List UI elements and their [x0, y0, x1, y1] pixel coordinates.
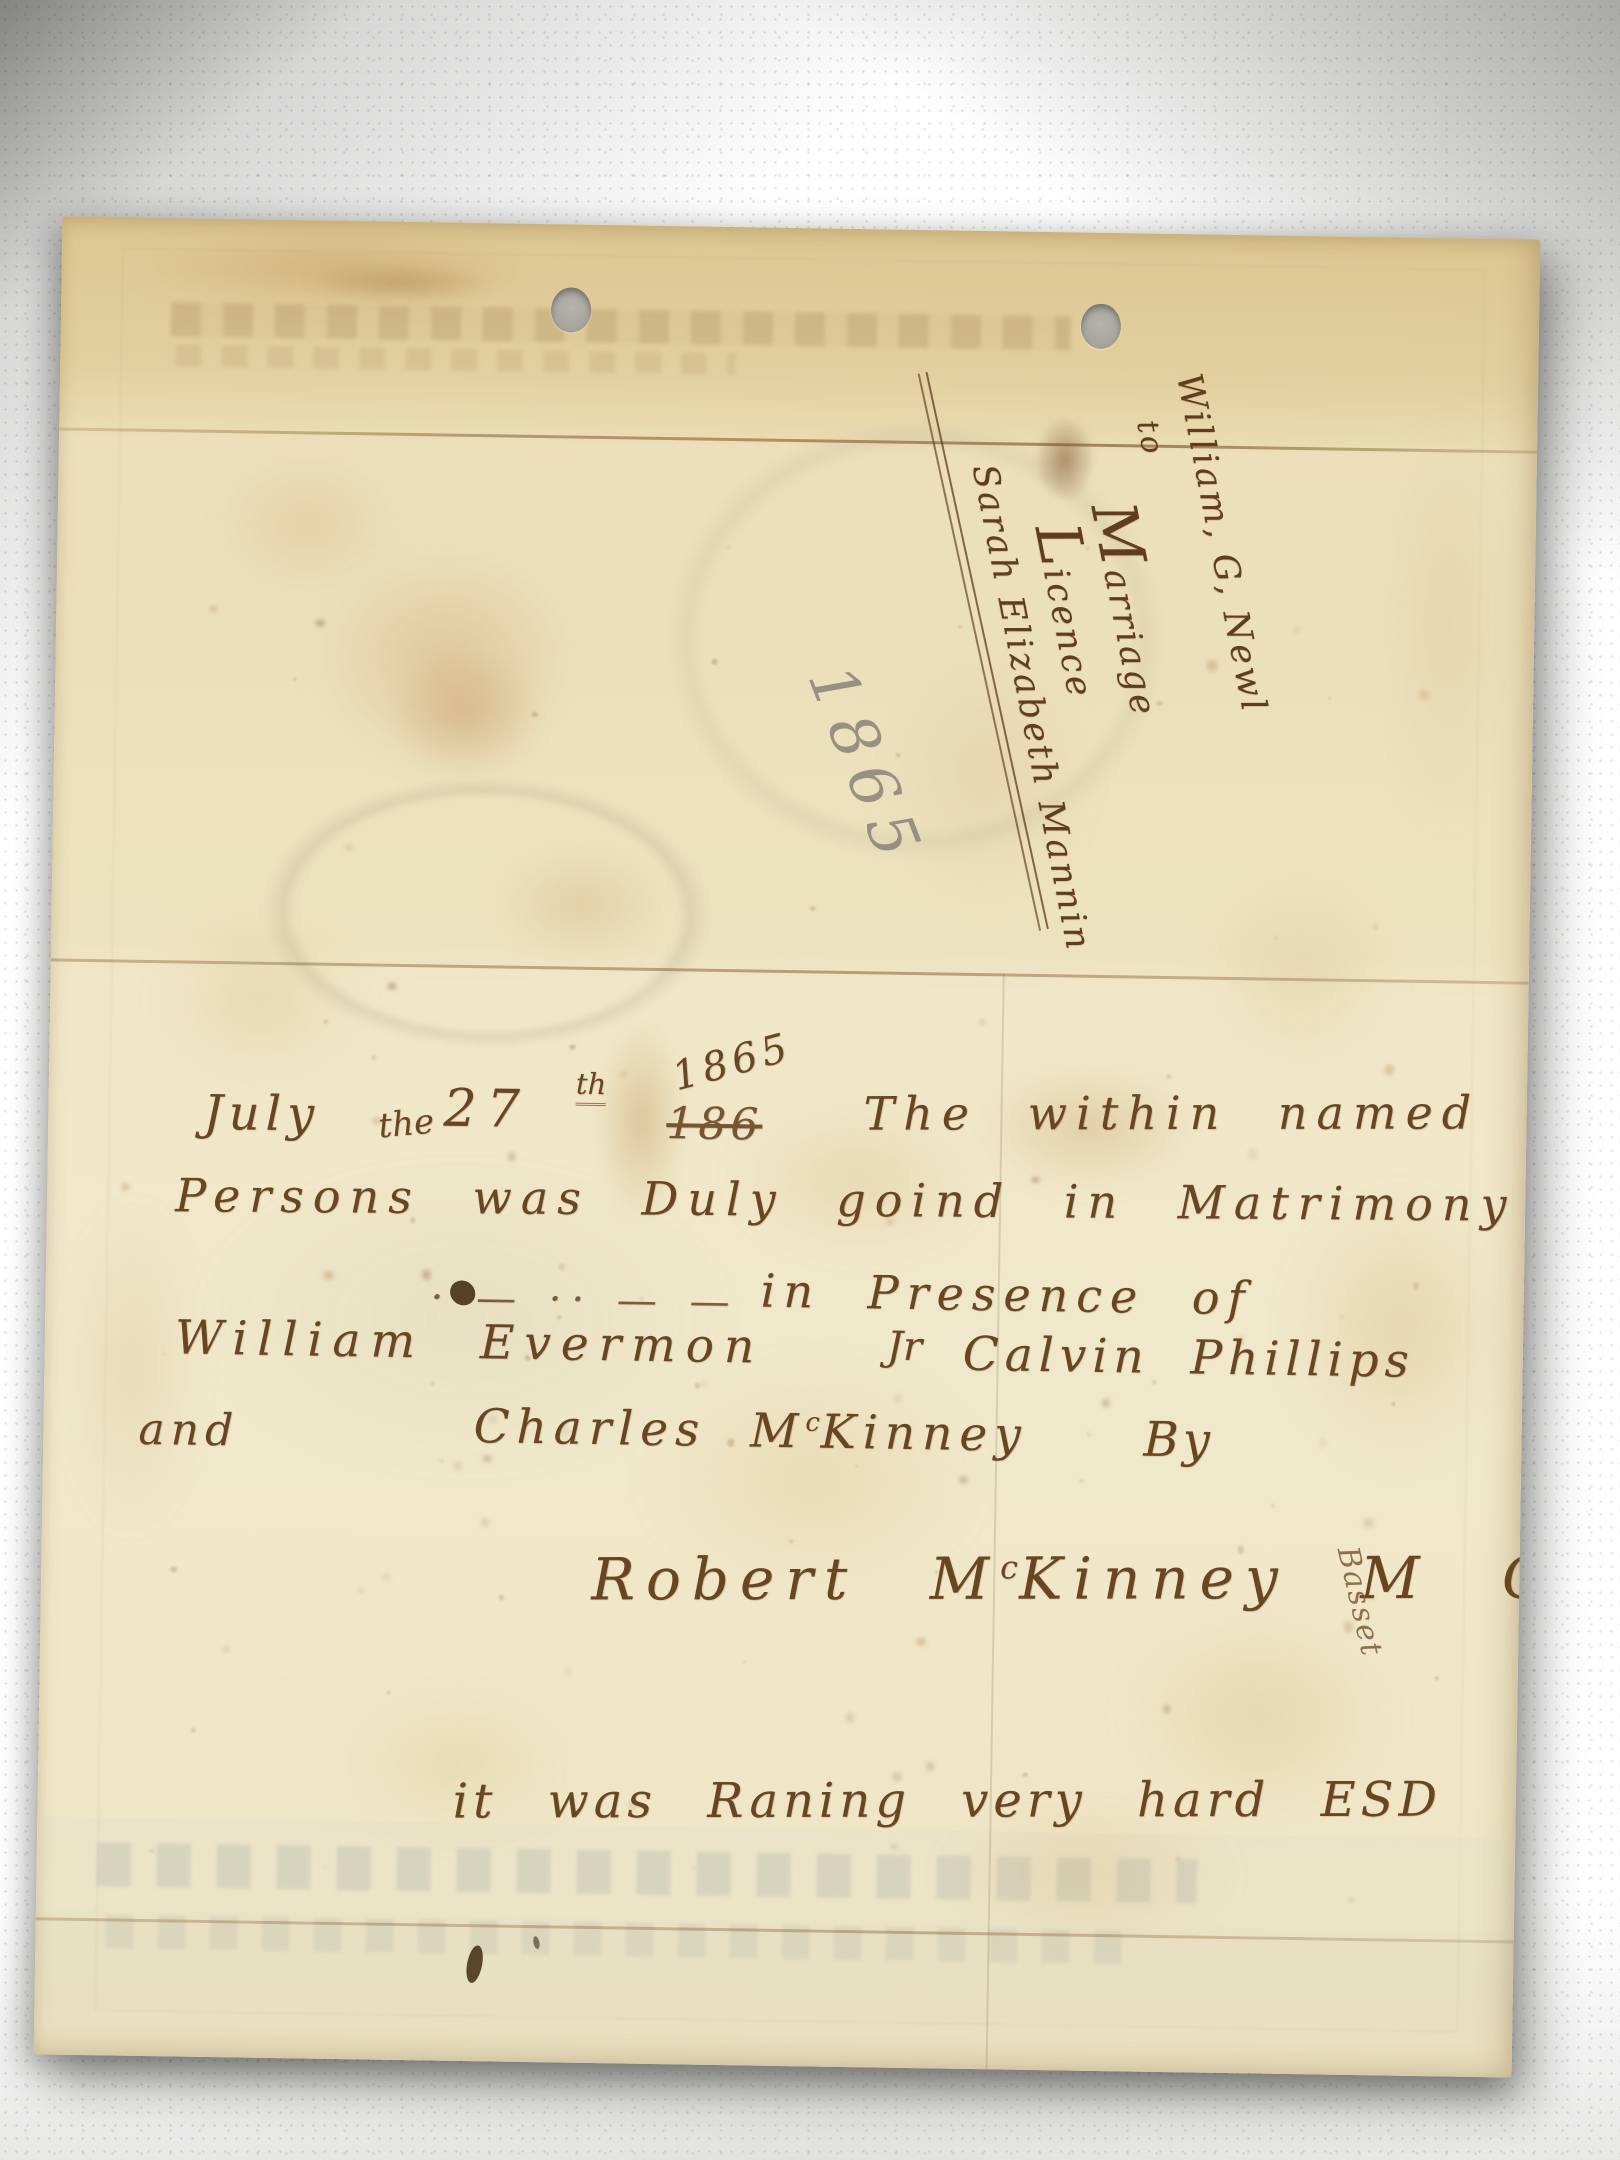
paper-stain: [301, 260, 502, 305]
foxing-spot: [1340, 1315, 1345, 1319]
foxing-spot: [324, 1866, 327, 1869]
paper-stain: [207, 449, 409, 602]
foxing-spot: [856, 1465, 858, 1467]
date-year-struck: 186: [666, 1098, 763, 1151]
foxing-spot: [357, 1588, 365, 1594]
foxing-spot: [1274, 936, 1277, 939]
foxing-spot: [323, 1271, 334, 1280]
paper-stain: [149, 908, 372, 1091]
pencil-year: 1865: [793, 655, 938, 878]
ghost-print-text-row: [96, 1842, 1197, 1903]
signature-sup: c: [1000, 1548, 1019, 1586]
foxing-spot: [481, 1518, 489, 1528]
fold-crease-bottom: [36, 1917, 1514, 1943]
foxing-spot: [694, 1383, 700, 1389]
foxing-spot: [282, 1679, 284, 1681]
foxing-spot: [482, 1455, 491, 1462]
foxing-spot: [439, 1459, 444, 1463]
date-year-corrected: 1865: [667, 1024, 797, 1100]
foxing-spot: [293, 677, 296, 681]
foxing-spot: [1363, 1518, 1374, 1528]
foxing-spot: [1419, 690, 1429, 700]
witness-name-2: Calvin Phillips: [962, 1327, 1415, 1389]
foxing-spot: [1385, 1065, 1395, 1075]
presence-line: in Presence of: [760, 1264, 1253, 1326]
fold-crease-top: [59, 427, 1537, 453]
foxing-spot: [890, 1844, 898, 1850]
foxing-spot: [1271, 1504, 1274, 1508]
punch-hole-right: [1081, 304, 1122, 350]
ghost-print-band: [171, 302, 1071, 350]
by-text: By: [1143, 1412, 1214, 1469]
foxing-spot: [727, 546, 731, 550]
ghost-print-band: [175, 344, 735, 375]
foxing-spot: [1347, 1897, 1354, 1903]
foxing-spot: [564, 1667, 572, 1677]
foxing-spot: [499, 1595, 504, 1601]
foxing-spot: [620, 1071, 627, 1076]
foxing-spot: [381, 1573, 391, 1580]
foxing-spot: [345, 844, 352, 851]
foxing-spot: [959, 1476, 968, 1484]
date-day-suffix: th: [576, 1067, 607, 1106]
foxing-spot: [386, 1691, 390, 1694]
foxing-spot: [958, 625, 962, 629]
foxing-spot: [1174, 1856, 1181, 1861]
paper-stain: [491, 843, 673, 966]
paper-stain: [1371, 407, 1528, 839]
paper-stain: [304, 540, 588, 774]
foxing-spot: [846, 1712, 855, 1723]
foxing-spot: [121, 1183, 130, 1190]
foxing-spot: [1166, 1073, 1171, 1078]
date-the: the: [377, 1102, 436, 1147]
foxing-spot: [324, 1019, 328, 1024]
officiant-signature: Robert McKinney M G: [591, 1544, 1540, 1614]
foxing-spot: [979, 1019, 987, 1025]
signature-first: Robert M: [591, 1545, 1000, 1614]
foxing-spot: [532, 712, 538, 716]
foxing-spot: [1413, 1282, 1419, 1290]
weather-note: it was Raning very hard ESD: [453, 1772, 1442, 1830]
foxing-spot: [388, 982, 396, 989]
foxing-spot: [453, 1460, 461, 1470]
foxing-spot: [558, 1263, 565, 1270]
date-month: July: [203, 1085, 320, 1143]
punch-hole-left: [551, 287, 592, 333]
witness-name-3-sup: c: [805, 1408, 821, 1438]
foxing-spot: [508, 1151, 517, 1162]
foxing-spot: [810, 906, 815, 910]
foxing-spot: [371, 1054, 376, 1060]
paper-stain: [60, 1197, 205, 1539]
date-day: 27: [443, 1079, 530, 1140]
foxing-spot: [1102, 1398, 1111, 1408]
foxing-spot: [209, 606, 217, 612]
foxing-spot: [315, 620, 325, 627]
foxing-spot: [916, 1637, 926, 1646]
signature-rest: Kinney M G: [1019, 1544, 1540, 1613]
foxing-spot: [221, 1646, 230, 1653]
foxing-spot: [1434, 1677, 1438, 1681]
witness-name-3-first: Charles M: [473, 1399, 806, 1459]
foxing-spot: [743, 1660, 746, 1664]
foxing-spot: [700, 1381, 707, 1388]
witness-name-3: Charles McKinney: [473, 1399, 1028, 1463]
ink-speck: [532, 1936, 540, 1950]
foxing-spot: [1163, 1705, 1170, 1713]
foxing-spot: [170, 1567, 177, 1573]
foxing-spot: [149, 1849, 154, 1853]
photo-surface: William, G, Newl to Marriage Licence Sar…: [0, 0, 1620, 2160]
foxing-spot: [926, 1761, 934, 1771]
witness-jr: Jr: [887, 1324, 923, 1371]
foxing-spot: [1328, 697, 1332, 700]
fold-crease-middle: [51, 958, 1529, 984]
foxing-spot: [1293, 627, 1301, 633]
foxing-spot: [1079, 1479, 1084, 1482]
paper-stain: [121, 225, 552, 314]
matrimony-line: Persons was Duly goind in Matrimony: [175, 1168, 1516, 1231]
foxing-spot: [570, 1044, 576, 1050]
foxing-spot: [893, 1392, 903, 1403]
foxing-spot: [712, 659, 718, 665]
ghost-print-arch: [244, 765, 728, 1063]
foxing-spot: [191, 1728, 196, 1733]
foxing-spot: [1086, 1432, 1091, 1437]
foxing-spot: [691, 1867, 695, 1870]
foxing-spot: [431, 1382, 434, 1386]
witness-name-3-rest: Kinney: [820, 1405, 1028, 1463]
document-paper: William, G, Newl to Marriage Licence Sar…: [34, 217, 1541, 2078]
ink-blot: [464, 1944, 486, 1984]
paper-stain: [384, 642, 546, 784]
foxing-spot: [162, 1352, 166, 1355]
within-named-text: The within named: [864, 1086, 1481, 1141]
foxing-spot: [788, 1539, 793, 1545]
foxing-spot: [1248, 1149, 1257, 1161]
foxing-spot: [1319, 1438, 1326, 1447]
docket-block: William, G, Newl to Marriage Licence Sar…: [932, 363, 1318, 967]
and-text: and: [138, 1404, 240, 1457]
foxing-spot: [1372, 923, 1378, 930]
foxing-spot: [1392, 1402, 1395, 1405]
witness-name-1: William Evermon: [174, 1310, 764, 1374]
